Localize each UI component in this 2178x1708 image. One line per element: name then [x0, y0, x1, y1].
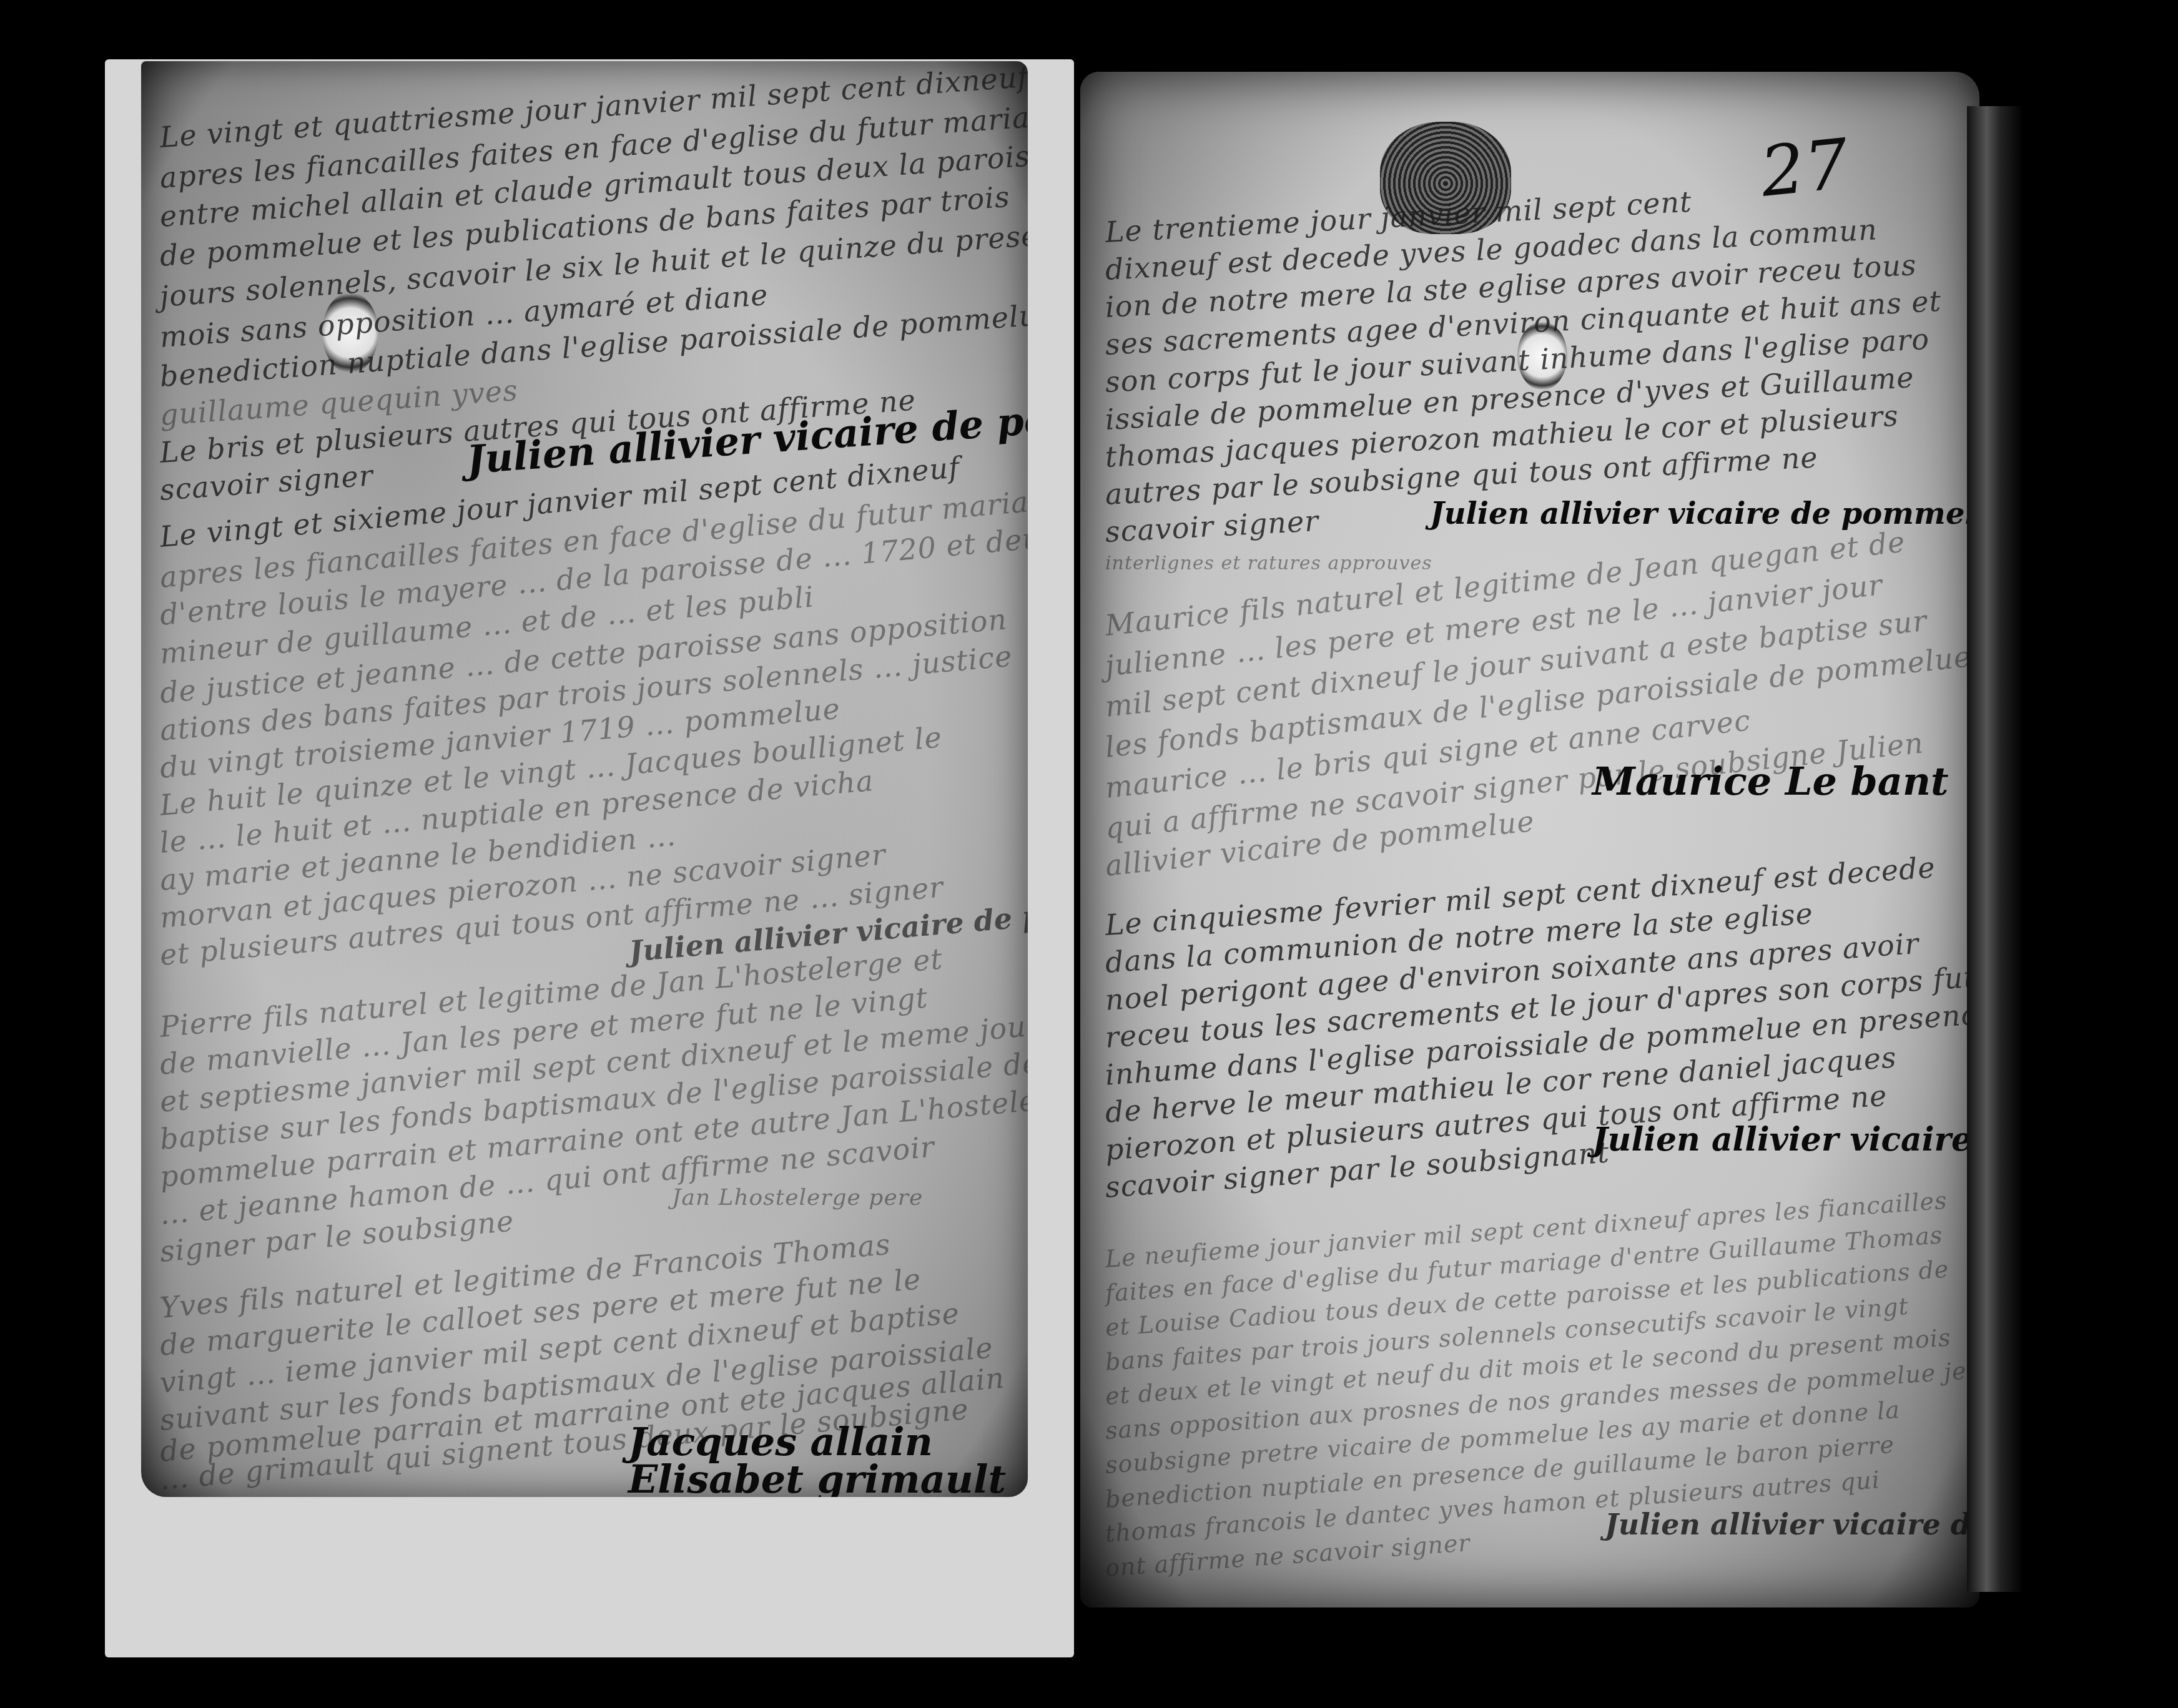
- godfather-signature: Maurice Le bant: [1592, 758, 1949, 804]
- folio-number: 27: [1757, 124, 1853, 212]
- left-page: Le vingt et quattriesme jour janvier mil…: [141, 61, 1028, 1497]
- priest-signature: Julien allivier vicaire de pommelue: [1592, 1121, 1979, 1159]
- document-viewer: Le vingt et quattriesme jour janvier mil…: [0, 0, 2178, 1708]
- father-mark: Jan Lhostelerge pere: [672, 1185, 923, 1210]
- entry-line: scavoir signer: [1105, 504, 1320, 549]
- margin-note: interlignes et ratures approuves: [1105, 552, 1432, 574]
- right-page: 27 Le trentieme jour janvier mil sept ce…: [1080, 72, 1979, 1607]
- priest-signature: Julien allivier vicaire de pommelue: [1605, 1508, 1979, 1541]
- godmother-signature: Elisabet grimault: [628, 1456, 1006, 1497]
- book-binding-edge: [1967, 106, 2023, 1592]
